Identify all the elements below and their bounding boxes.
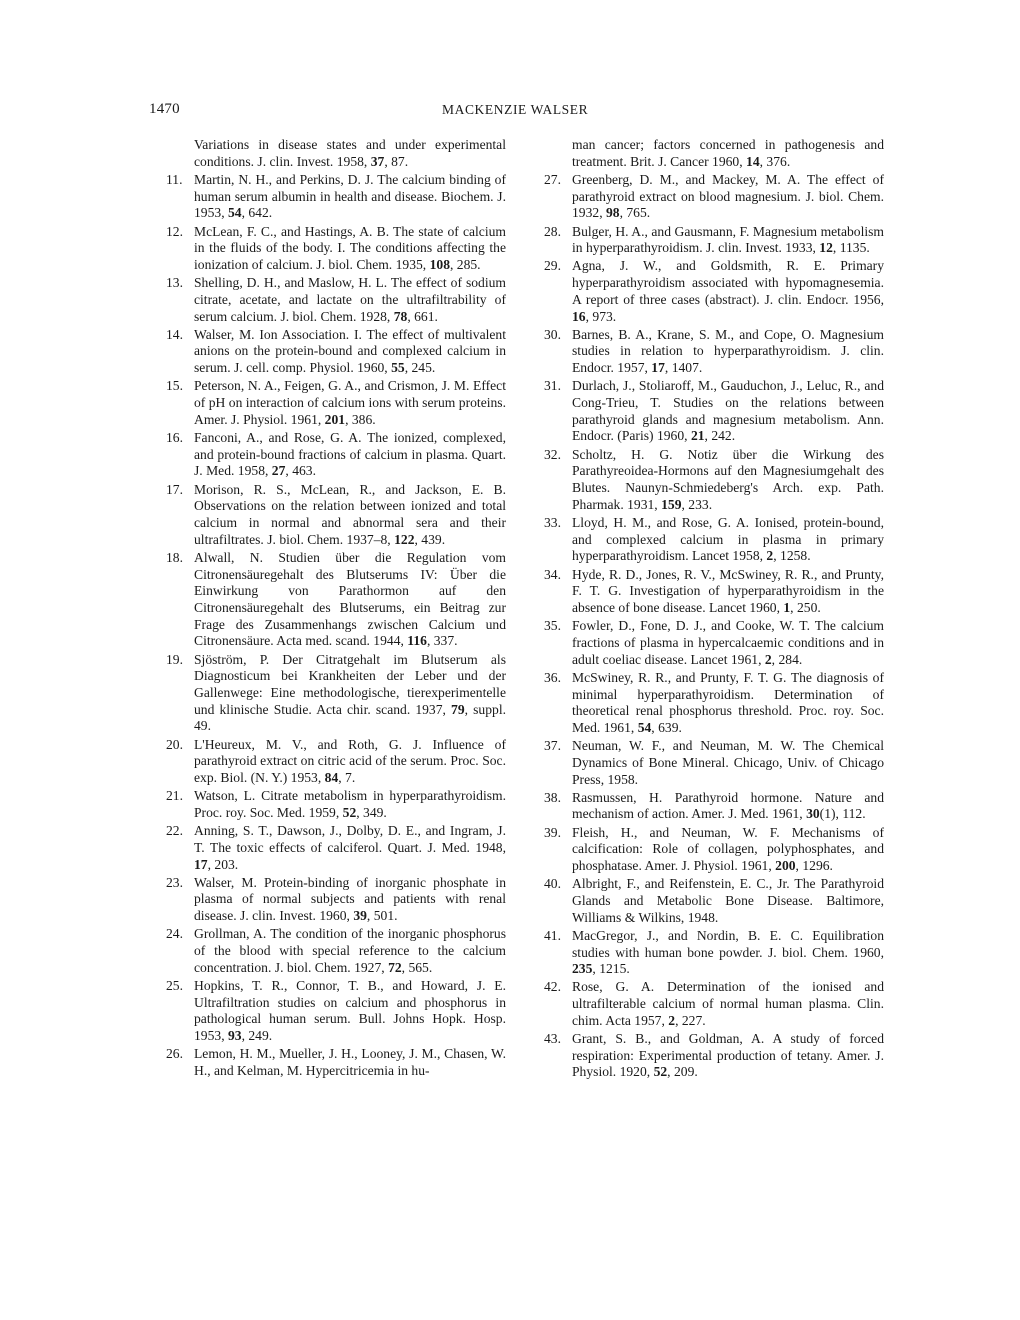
reference-volume: 54 (228, 205, 242, 220)
reference-number: 28. (544, 224, 572, 241)
reference-entry: 27.Greenberg, D. M., and Mackey, M. A. T… (528, 172, 884, 222)
reference-entry: 21.Watson, L. Citrate metabolism in hype… (150, 788, 506, 821)
reference-entry: 23.Walser, M. Protein-binding of inorgan… (150, 875, 506, 925)
reference-number: 31. (544, 378, 572, 395)
reference-volume: 78 (394, 309, 408, 324)
reference-number: 19. (166, 652, 194, 669)
page-header: 1470 MACKENZIE WALSER (149, 101, 913, 121)
reference-entry: 24.Grollman, A. The condition of the ino… (150, 926, 506, 976)
reference-pages: , 1135. (833, 240, 870, 255)
reference-text: man cancer; factors concerned in pathoge… (572, 137, 884, 169)
reference-pages: , 565. (402, 960, 433, 975)
reference-number: 33. (544, 515, 572, 532)
reference-number: 14. (166, 327, 194, 344)
reference-entry: 39.Fleish, H., and Neuman, W. F. Mechani… (528, 825, 884, 875)
reference-entry: man cancer; factors concerned in pathoge… (528, 137, 884, 170)
reference-pages: , 639. (651, 720, 682, 735)
reference-volume: 30 (806, 806, 820, 821)
reference-volume: 52 (654, 1064, 668, 1079)
reference-entry: 17.Morison, R. S., McLean, R., and Jacks… (150, 482, 506, 549)
reference-pages: , 1407. (665, 360, 702, 375)
reference-volume: 16 (572, 309, 586, 324)
reference-entry: 19.Sjöström, P. Der Citratgehalt im Blut… (150, 652, 506, 736)
reference-volume: 55 (391, 360, 405, 375)
reference-pages: , 1215. (592, 961, 629, 976)
reference-number: 20. (166, 737, 194, 754)
reference-pages: , 501. (367, 908, 398, 923)
reference-volume: 200 (775, 858, 795, 873)
reference-text: Fanconi, A., and Rose, G. A. The ionized… (194, 430, 506, 478)
reference-volume: 54 (638, 720, 652, 735)
reference-volume: 201 (325, 412, 345, 427)
reference-pages: , 249. (242, 1028, 273, 1043)
reference-number: 25. (166, 978, 194, 995)
reference-entry: 31.Durlach, J., Stoliaroff, M., Gauducho… (528, 378, 884, 445)
reference-pages: , 245. (405, 360, 436, 375)
reference-pages: , 227. (675, 1013, 706, 1028)
reference-pages: , 337. (427, 633, 458, 648)
reference-number: 27. (544, 172, 572, 189)
reference-text: Anning, S. T., Dawson, J., Dolby, D. E.,… (194, 823, 506, 855)
reference-volume: 122 (394, 532, 414, 547)
reference-text: Hyde, R. D., Jones, R. V., McSwiney, R. … (572, 567, 884, 615)
reference-number: 36. (544, 670, 572, 687)
reference-number: 15. (166, 378, 194, 395)
reference-pages: , 439. (415, 532, 446, 547)
reference-volume: 21 (691, 428, 705, 443)
reference-entry: 26.Lemon, H. M., Mueller, J. H., Looney,… (150, 1046, 506, 1079)
reference-entry: 29.Agna, J. W., and Goldsmith, R. E. Pri… (528, 258, 884, 325)
reference-entry: 22.Anning, S. T., Dawson, J., Dolby, D. … (150, 823, 506, 873)
reference-text: Fleish, H., and Neuman, W. F. Mechanisms… (572, 825, 884, 873)
reference-entry: 32.Scholtz, H. G. Notiz über die Wirkung… (528, 447, 884, 514)
reference-entry: 33.Lloyd, H. M., and Rose, G. A. Ionised… (528, 515, 884, 565)
reference-entry: Variations in disease states and under e… (150, 137, 506, 170)
reference-text: Neuman, W. F., and Neuman, M. W. The Che… (572, 738, 884, 786)
reference-volume: 72 (388, 960, 402, 975)
reference-entry: 16.Fanconi, A., and Rose, G. A. The ioni… (150, 430, 506, 480)
reference-number: 34. (544, 567, 572, 584)
reference-text: Scholtz, H. G. Notiz über die Wirkung de… (572, 447, 884, 512)
reference-number: 13. (166, 275, 194, 292)
reference-volume: 17 (651, 360, 665, 375)
reference-pages: , 386. (345, 412, 376, 427)
reference-text: Fowler, D., Fone, D. J., and Cooke, W. T… (572, 618, 884, 666)
reference-text: Alwall, N. Studien über die Regulation v… (194, 550, 506, 649)
reference-text: Grant, S. B., and Goldman, A. A study of… (572, 1031, 884, 1079)
reference-volume: 52 (343, 805, 357, 820)
reference-pages: , 661. (407, 309, 438, 324)
reference-volume: 39 (353, 908, 367, 923)
references-left-column: Variations in disease states and under e… (150, 137, 506, 1081)
reference-text: Albright, F., and Reifenstein, E. C., Jr… (572, 876, 884, 924)
reference-pages: , 242. (705, 428, 736, 443)
reference-volume: 98 (606, 205, 620, 220)
reference-entry: 20.L'Heureux, M. V., and Roth, G. J. Inf… (150, 737, 506, 787)
reference-number: 18. (166, 550, 194, 567)
reference-volume: 93 (228, 1028, 242, 1043)
reference-entry: 37.Neuman, W. F., and Neuman, M. W. The … (528, 738, 884, 788)
reference-number: 43. (544, 1031, 572, 1048)
reference-number: 40. (544, 876, 572, 893)
reference-volume: 108 (430, 257, 450, 272)
reference-entry: 14.Walser, M. Ion Association. I. The ef… (150, 327, 506, 377)
reference-number: 11. (166, 172, 194, 189)
reference-entry: 43.Grant, S. B., and Goldman, A. A study… (528, 1031, 884, 1081)
reference-volume: 37 (371, 154, 385, 169)
reference-text: Morison, R. S., McLean, R., and Jackson,… (194, 482, 506, 547)
reference-volume: 17 (194, 857, 208, 872)
reference-pages: , 642. (242, 205, 273, 220)
reference-text: Variations in disease states and under e… (194, 137, 506, 169)
reference-text: MacGregor, J., and Nordin, B. E. C. Equi… (572, 928, 884, 960)
reference-entry: 40.Albright, F., and Reifenstein, E. C.,… (528, 876, 884, 926)
reference-entry: 18.Alwall, N. Studien über die Regulatio… (150, 550, 506, 650)
reference-entry: 15.Peterson, N. A., Feigen, G. A., and C… (150, 378, 506, 428)
reference-volume: 84 (325, 770, 339, 785)
reference-entry: 11.Martin, N. H., and Perkins, D. J. The… (150, 172, 506, 222)
reference-volume: 116 (407, 633, 427, 648)
reference-pages: , 7. (338, 770, 355, 785)
reference-pages: , 349. (356, 805, 387, 820)
reference-entry: 28.Bulger, H. A., and Gausmann, F. Magne… (528, 224, 884, 257)
reference-text: Shelling, D. H., and Maslow, H. L. The e… (194, 275, 506, 323)
reference-text: Walser, M. Ion Association. I. The effec… (194, 327, 506, 375)
reference-volume: 27 (272, 463, 286, 478)
reference-pages: , 463. (285, 463, 316, 478)
reference-number: 22. (166, 823, 194, 840)
reference-number: 26. (166, 1046, 194, 1063)
reference-pages: , 765. (620, 205, 651, 220)
reference-volume: 79 (451, 702, 465, 717)
reference-number: 24. (166, 926, 194, 943)
reference-number: 29. (544, 258, 572, 275)
reference-entry: 42.Rose, G. A. Determination of the ioni… (528, 979, 884, 1029)
reference-number: 39. (544, 825, 572, 842)
reference-entry: 13.Shelling, D. H., and Maslow, H. L. Th… (150, 275, 506, 325)
reference-entry: 38.Rasmussen, H. Parathyroid hormone. Na… (528, 790, 884, 823)
reference-pages: , 250. (790, 600, 821, 615)
reference-volume: 159 (661, 497, 681, 512)
references-right-column: man cancer; factors concerned in pathoge… (528, 137, 884, 1083)
reference-volume: 14 (746, 154, 760, 169)
reference-number: 30. (544, 327, 572, 344)
reference-volume: 2 (765, 652, 772, 667)
reference-pages: , 87. (384, 154, 408, 169)
reference-number: 23. (166, 875, 194, 892)
reference-number: 21. (166, 788, 194, 805)
reference-pages: , 233. (682, 497, 713, 512)
reference-number: 16. (166, 430, 194, 447)
reference-number: 38. (544, 790, 572, 807)
reference-pages: , 209. (667, 1064, 698, 1079)
reference-entry: 41.MacGregor, J., and Nordin, B. E. C. E… (528, 928, 884, 978)
reference-pages: , 1258. (773, 548, 810, 563)
reference-pages: (1), 112. (820, 806, 866, 821)
reference-volume: 12 (819, 240, 833, 255)
reference-text: McSwiney, R. R., and Prunty, F. T. G. Th… (572, 670, 884, 735)
reference-text: Grollman, A. The condition of the inorga… (194, 926, 506, 974)
reference-pages: , 376. (760, 154, 791, 169)
reference-number: 32. (544, 447, 572, 464)
reference-text: Rose, G. A. Determination of the ionised… (572, 979, 884, 1027)
reference-entry: 30.Barnes, B. A., Krane, S. M., and Cope… (528, 327, 884, 377)
reference-entry: 12.McLean, F. C., and Hastings, A. B. Th… (150, 224, 506, 274)
reference-pages: , 973. (586, 309, 617, 324)
reference-number: 12. (166, 224, 194, 241)
reference-entry: 35.Fowler, D., Fone, D. J., and Cooke, W… (528, 618, 884, 668)
reference-pages: , 284. (772, 652, 803, 667)
reference-text: Agna, J. W., and Goldsmith, R. E. Primar… (572, 258, 884, 306)
reference-entry: 34.Hyde, R. D., Jones, R. V., McSwiney, … (528, 567, 884, 617)
reference-text: Barnes, B. A., Krane, S. M., and Cope, O… (572, 327, 884, 375)
reference-number: 41. (544, 928, 572, 945)
reference-volume: 235 (572, 961, 592, 976)
reference-entry: 25.Hopkins, T. R., Connor, T. B., and Ho… (150, 978, 506, 1045)
reference-number: 17. (166, 482, 194, 499)
running-head: MACKENZIE WALSER (442, 102, 588, 118)
reference-pages: , 203. (208, 857, 239, 872)
reference-number: 37. (544, 738, 572, 755)
reference-text: Lemon, H. M., Mueller, J. H., Looney, J.… (194, 1046, 506, 1078)
reference-text: Walser, M. Protein-binding of inorganic … (194, 875, 506, 923)
reference-number: 42. (544, 979, 572, 996)
page-number: 1470 (149, 101, 180, 118)
reference-number: 35. (544, 618, 572, 635)
reference-pages: , 1296. (796, 858, 833, 873)
reference-entry: 36.McSwiney, R. R., and Prunty, F. T. G.… (528, 670, 884, 737)
reference-text: Lloyd, H. M., and Rose, G. A. Ionised, p… (572, 515, 884, 563)
reference-pages: , 285. (450, 257, 481, 272)
